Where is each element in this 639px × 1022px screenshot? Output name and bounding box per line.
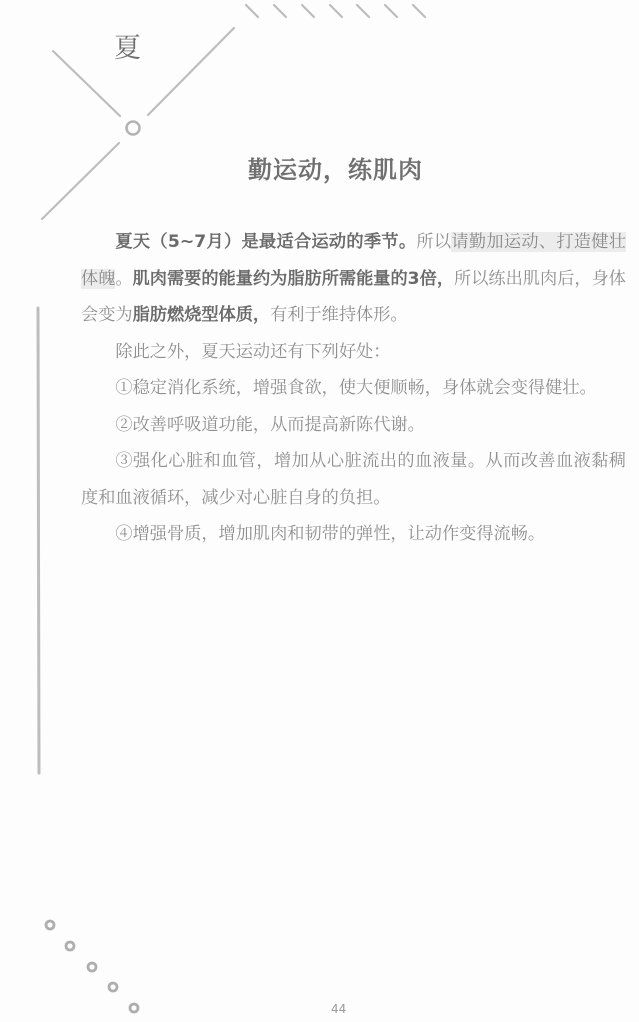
text: 所以 [416,232,451,252]
deco-dot-icon [46,921,54,929]
benefit-item: ①稳定消化系统，增强食欲，使大便顺畅，身体就会变得健壮。 [81,370,626,407]
bold-text: 肌肉需要的能量约为脂肪所需能量的3倍， [133,269,454,289]
deco-dot-icon [130,1004,138,1012]
deco-dot-icon [88,963,96,971]
deco-vertical-bar [38,308,39,773]
benefit-item: ②改善呼吸道功能，从而提高新陈代谢。 [81,407,626,444]
deco-dot-icon [109,983,117,991]
benefit-item: ③强化心脏和血管，增加从心脏流出的血液量。从而改善血液黏稠度和血液循环，减少对心… [81,443,626,516]
bold-text: 脂肪燃烧型体质， [133,305,271,325]
text: 有利于维持体形。 [270,305,408,325]
deco-circle-icon [127,122,140,135]
season-label: 夏 [114,26,141,65]
article-body: 夏天（5~7月）是最适合运动的季节。所以请勤加运动、打造健壮体魄。肌肉需要的能量… [81,224,626,553]
deco-dot-icon [66,942,74,950]
deco-line-upper-right [148,28,234,115]
deco-line-lower-left [42,143,119,219]
paragraph-intro: 除此之外，夏天运动还有下列好处： [81,334,626,371]
paragraph-main: 夏天（5~7月）是最适合运动的季节。所以请勤加运动、打造健壮体魄。肌肉需要的能量… [81,224,626,334]
deco-line-upper-left [53,51,120,116]
page-number: 44 [331,1002,346,1016]
text: 。 [115,269,132,289]
bold-text: 夏天（5~7月）是最适合运动的季节。 [115,232,416,252]
benefit-item: ④增强骨质，增加肌肉和韧带的弹性，让动作变得流畅。 [81,516,626,553]
page-title: 勤运动，练肌肉 [248,150,423,185]
